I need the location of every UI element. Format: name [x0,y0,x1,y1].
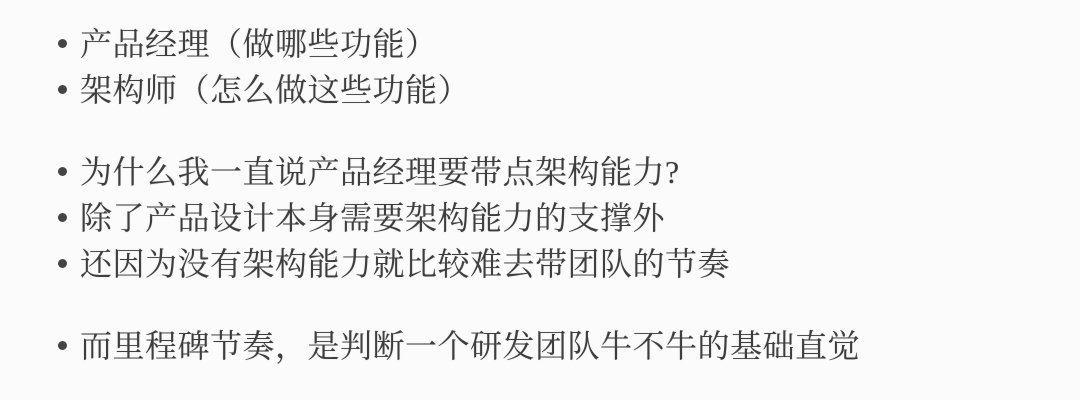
bullet-icon [58,213,67,222]
bullet-icon [58,259,67,268]
slide-content: 产品经理（做哪些功能） 架构师（怎么做这些功能） 为什么我一直说产品经理要带点架… [0,0,1080,400]
list-item: 还因为没有架构能力就比较难去带团队的节奏 [0,239,1080,285]
bullet-group-why-architecture: 为什么我一直说产品经理要带点架构能力? 除了产品设计本身需要架构能力的支撑外 还… [0,147,1080,285]
list-item: 产品经理（做哪些功能） [0,19,1080,65]
bullet-text: 产品经理（做哪些功能） [80,19,438,65]
bullet-text: 而里程碑节奏，是判断一个研发团队牛不牛的基础直觉 [80,321,860,367]
bullet-icon [58,39,67,48]
list-item: 架构师（怎么做这些功能） [0,65,1080,111]
bullet-icon [58,85,67,94]
bullet-text: 为什么我一直说产品经理要带点架构能力? [80,147,680,193]
bullet-text: 还因为没有架构能力就比较难去带团队的节奏 [80,239,730,285]
bullet-text: 架构师（怎么做这些功能） [80,65,470,111]
bullet-group-milestone: 而里程碑节奏，是判断一个研发团队牛不牛的基础直觉 [0,321,1080,367]
bullet-icon [58,341,67,350]
list-item: 除了产品设计本身需要架构能力的支撑外 [0,193,1080,239]
list-item: 而里程碑节奏，是判断一个研发团队牛不牛的基础直觉 [0,321,1080,367]
bullet-icon [58,167,67,176]
bullet-text: 除了产品设计本身需要架构能力的支撑外 [80,193,665,239]
list-item: 为什么我一直说产品经理要带点架构能力? [0,147,1080,193]
bullet-group-roles: 产品经理（做哪些功能） 架构师（怎么做这些功能） [0,19,1080,111]
